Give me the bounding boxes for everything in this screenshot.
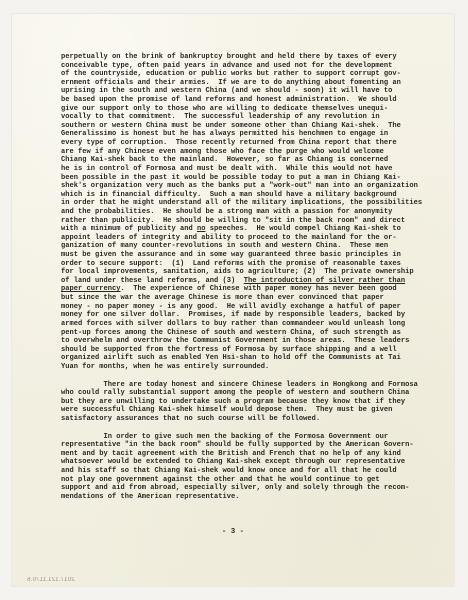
text-line: There are today honest and sincere Chine… [61, 381, 451, 390]
text-line: satisfactory assurances that no such cou… [61, 415, 451, 424]
text-line: shek's organization very much as the ban… [61, 182, 451, 191]
text-line: of land under these land reforms, and (3… [61, 277, 451, 286]
text-line: he is in control of Formosa and must be … [61, 165, 451, 174]
text-line: should be supported from the fortress of… [61, 346, 451, 355]
text-line: conceivable type, often paid years in ad… [61, 62, 451, 71]
text-line: mendations of the American representativ… [61, 493, 451, 502]
text-line: organized airlift such as enabled Yen Hs… [61, 354, 451, 363]
paragraph-gap [61, 372, 451, 381]
text-line: Generalissimo is honest but he has alway… [61, 130, 451, 139]
text-line: appoint leaders of integrity and ability… [61, 234, 451, 243]
text-line: but since the war the average Chinese is… [61, 294, 451, 303]
page-number: - 3 - [12, 528, 454, 536]
text-line: Chiang Kai-shek back to the mainland. Ho… [61, 156, 451, 165]
text-line: uprising in the south and western China … [61, 87, 451, 96]
text-line: for local improvements, sanitation, aids… [61, 268, 451, 277]
text-line: with a minimum of publicity and no speec… [61, 225, 451, 234]
text-line: Yuan for months, when he was entirely su… [61, 363, 451, 372]
paragraph: perpetually on the brink of bankruptcy b… [61, 53, 451, 372]
text-line: who could rally substantial support amon… [61, 389, 451, 398]
text-line: but they are unwilling to undertake such… [61, 398, 451, 407]
text-line: been possible in the past it would be po… [61, 174, 451, 183]
text-line: paper currency. The experience of Chines… [61, 285, 451, 294]
underlined-text: The introduction of silver rather than [244, 277, 405, 285]
text-line: armed forces with silver dollars to buy … [61, 320, 451, 329]
document-body: perpetually on the brink of bankruptcy b… [61, 53, 451, 501]
text-line: order to secure support: (1) Land reform… [61, 260, 451, 269]
text-line: and his staff so that Chiang Kai-shek wo… [61, 467, 451, 476]
text-line: pent-up forces among the Chinese of sout… [61, 329, 451, 338]
underlined-text: paper currency [61, 285, 120, 293]
underlined-text: no [197, 225, 206, 233]
paragraph: In order to give such men the backing of… [61, 433, 451, 502]
text-line: not play one government against the othe… [61, 476, 451, 485]
text-line: support and aid from abroad, especially … [61, 484, 451, 493]
text-line: whatsoever would be extended to Chiang K… [61, 458, 451, 467]
text-line: which is in financial difficulty. Such a… [61, 191, 451, 200]
text-line: must be given the assurance and in some … [61, 251, 451, 260]
paragraph-gap [61, 424, 451, 433]
text-line: ganization of many counter-revolutions i… [61, 242, 451, 251]
text-line: money for one silver dollar. Promises, i… [61, 311, 451, 320]
text-line: money - no paper money - is any good. He… [61, 303, 451, 312]
text-line: ernment officials and their armies. If w… [61, 79, 451, 88]
text-line: representative "in the back room" should… [61, 441, 451, 450]
text-line: In order to give such men the backing of… [61, 433, 451, 442]
text-line: to overwhelm and overthrow the Communist… [61, 337, 451, 346]
text-line: and the probabilities. He should be a st… [61, 208, 451, 217]
archive-stamp: 2017.121.1170.6 [27, 577, 75, 583]
document-page: perpetually on the brink of bankruptcy b… [12, 14, 454, 586]
text-line: were successful Chiang Kai-shek himself … [61, 406, 451, 415]
text-line: every type of corruption. Those recently… [61, 139, 451, 148]
text-line: vocally to that commitment. The successf… [61, 113, 451, 122]
text-line: rather than publicity. He should be will… [61, 217, 451, 226]
paragraph: There are today honest and sincere Chine… [61, 381, 451, 424]
text-line: be based upon the promise of land reform… [61, 96, 451, 105]
text-line: ment and by tacit agreement with the Bri… [61, 450, 451, 459]
text-line: give our support only to those who are w… [61, 105, 451, 114]
text-line: of the countryside, education or public … [61, 70, 451, 79]
text-line: are few if any Chinese even among those … [61, 148, 451, 157]
text-line: perpetually on the brink of bankruptcy b… [61, 53, 451, 62]
text-line: in order that he might understand all of… [61, 199, 451, 208]
text-line: southern or western China must be under … [61, 122, 451, 131]
